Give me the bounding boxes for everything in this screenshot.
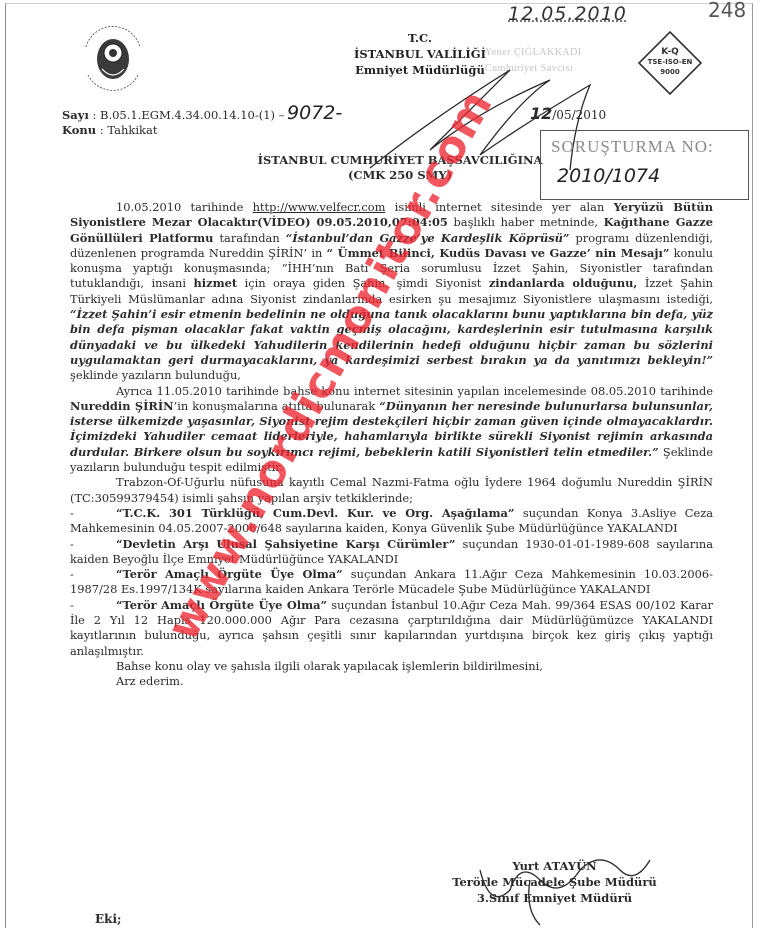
text-run: “T.C.K. 301 Türklüğü, Cum.Devl. Kur. ve … [116, 506, 514, 520]
text-run: “Devletin Arşı Ulusal Şahsiyetine Karşı … [116, 537, 455, 551]
bullet-dash: - [70, 598, 116, 613]
badge-line3: 9000 [637, 67, 703, 77]
record-item: -“Devletin Arşı Ulusal Şahsiyetine Karşı… [70, 537, 713, 568]
record-item: -“Terör Amaçlı Örgüte Üye Olma” suçundan… [70, 567, 713, 598]
stamp-value: 2010/1074 [557, 165, 660, 187]
handwritten-date: 12.05.2010 [508, 3, 627, 25]
criminal-records-list: -“T.C.K. 301 Türklüğü, Cum.Devl. Kur. ve… [70, 506, 713, 659]
attachments-label: Eki; [95, 912, 121, 926]
paragraph-3: Trabzon-Of-Uğurlu nüfusuna kayıtlı Cemal… [70, 475, 713, 506]
paragraph-1: 10.05.2010 tarihinde http://www.velfecr.… [70, 200, 713, 384]
text-run: “ Ümmet Bilinci, Kudüs Davası ve Gazze’ … [327, 246, 670, 260]
text-run: isimli internet sitesinde yer alan [385, 200, 613, 214]
handwritten-reference-number: 9072- [287, 102, 342, 124]
text-run: 10.05.2010 tarihinde [116, 200, 253, 214]
konu-value: : Tahkikat [100, 123, 158, 137]
text-run: başlıklı haber metninde, [448, 215, 604, 229]
signatory-title: Terörle Mücadele Şube Müdürü [432, 874, 677, 890]
signatory-name: Yurt ATAYÜN [432, 858, 677, 874]
investigation-number-stamp: SORUŞTURMA NO: 2010/1074 [540, 130, 749, 200]
sayi-label: Sayı [62, 108, 89, 122]
quality-certificate-badge: K-Q TSE-ISO-EN 9000 [637, 30, 703, 96]
date-printed: /05/2010 [552, 108, 606, 122]
text-run: hizmet [194, 276, 238, 290]
konu-label: Konu [62, 123, 96, 137]
handwritten-page-number: 248 [708, 0, 746, 22]
bullet-dash: - [70, 537, 116, 552]
text-run[interactable]: http://www.velfecr.com [253, 200, 386, 214]
date-day-handwritten: 12 [530, 104, 552, 123]
sayi-value: : B.05.1.EGM.4.34.00.14.10-(1) – [92, 108, 284, 122]
text-run: tarafından [213, 231, 285, 245]
document-date: 12/05/2010 [530, 104, 606, 123]
letterhead-tc: T.C. [330, 30, 510, 46]
text-run: “İstanbul’dan Gazze’ye Kardeşlik Köprüsü… [286, 231, 570, 245]
signature-block: Yurt ATAYÜN Terörle Mücadele Şube Müdürü… [432, 858, 677, 906]
watermark-layer: www.nordicmonitor.com [40, 380, 640, 440]
record-item: -“Terör Amaçlı Örgüte Üye Olma” suçundan… [70, 598, 713, 659]
closing-request: Bahse konu olay ve şahısla ilgili olarak… [70, 659, 713, 674]
addressee-line2: (CMK 250 SMY) [230, 168, 570, 183]
bullet-dash: - [70, 567, 116, 582]
badge-line1: K-Q [637, 47, 703, 57]
signatory-rank: 3.Sınıf Emniyet Müdürü [432, 890, 677, 906]
text-run: “Terör Amaçlı Örgüte Üye Olma” [116, 598, 327, 612]
stamp-label: SORUŞTURMA NO: [551, 137, 714, 157]
text-run: “İzzet Şahin’i esir etmenin bedelinin ne… [70, 307, 713, 367]
addressee: İSTANBUL CUMHURİYET BAŞSAVCILIĞINA (CMK … [230, 153, 570, 183]
text-run: için oraya giden Şahin, şimdi Siyonist [237, 276, 489, 290]
addressee-line1: İSTANBUL CUMHURİYET BAŞSAVCILIĞINA [230, 153, 570, 168]
text-run: Trabzon-Of-Uğurlu nüfusuna kayıtlı Cemal… [70, 475, 713, 504]
closing-salutation: Arz ederim. [70, 674, 713, 689]
record-item: -“T.C.K. 301 Türklüğü, Cum.Devl. Kur. ve… [70, 506, 713, 537]
letter-body: 10.05.2010 tarihinde http://www.velfecr.… [70, 200, 713, 690]
text-run: “Terör Amaçlı Örgüte Üye Olma” [116, 567, 343, 581]
bullet-dash: - [70, 506, 116, 521]
text-run: zindanlarda olduğunu, [489, 276, 638, 290]
reference-block: Sayı : B.05.1.EGM.4.34.00.14.10-(1) – Ko… [62, 108, 284, 138]
faded-stamp-line1: Yener ÇIĞLAKKADI [485, 45, 582, 61]
police-seal-icon [80, 23, 146, 101]
badge-line2: TSE-ISO-EN [637, 57, 703, 67]
